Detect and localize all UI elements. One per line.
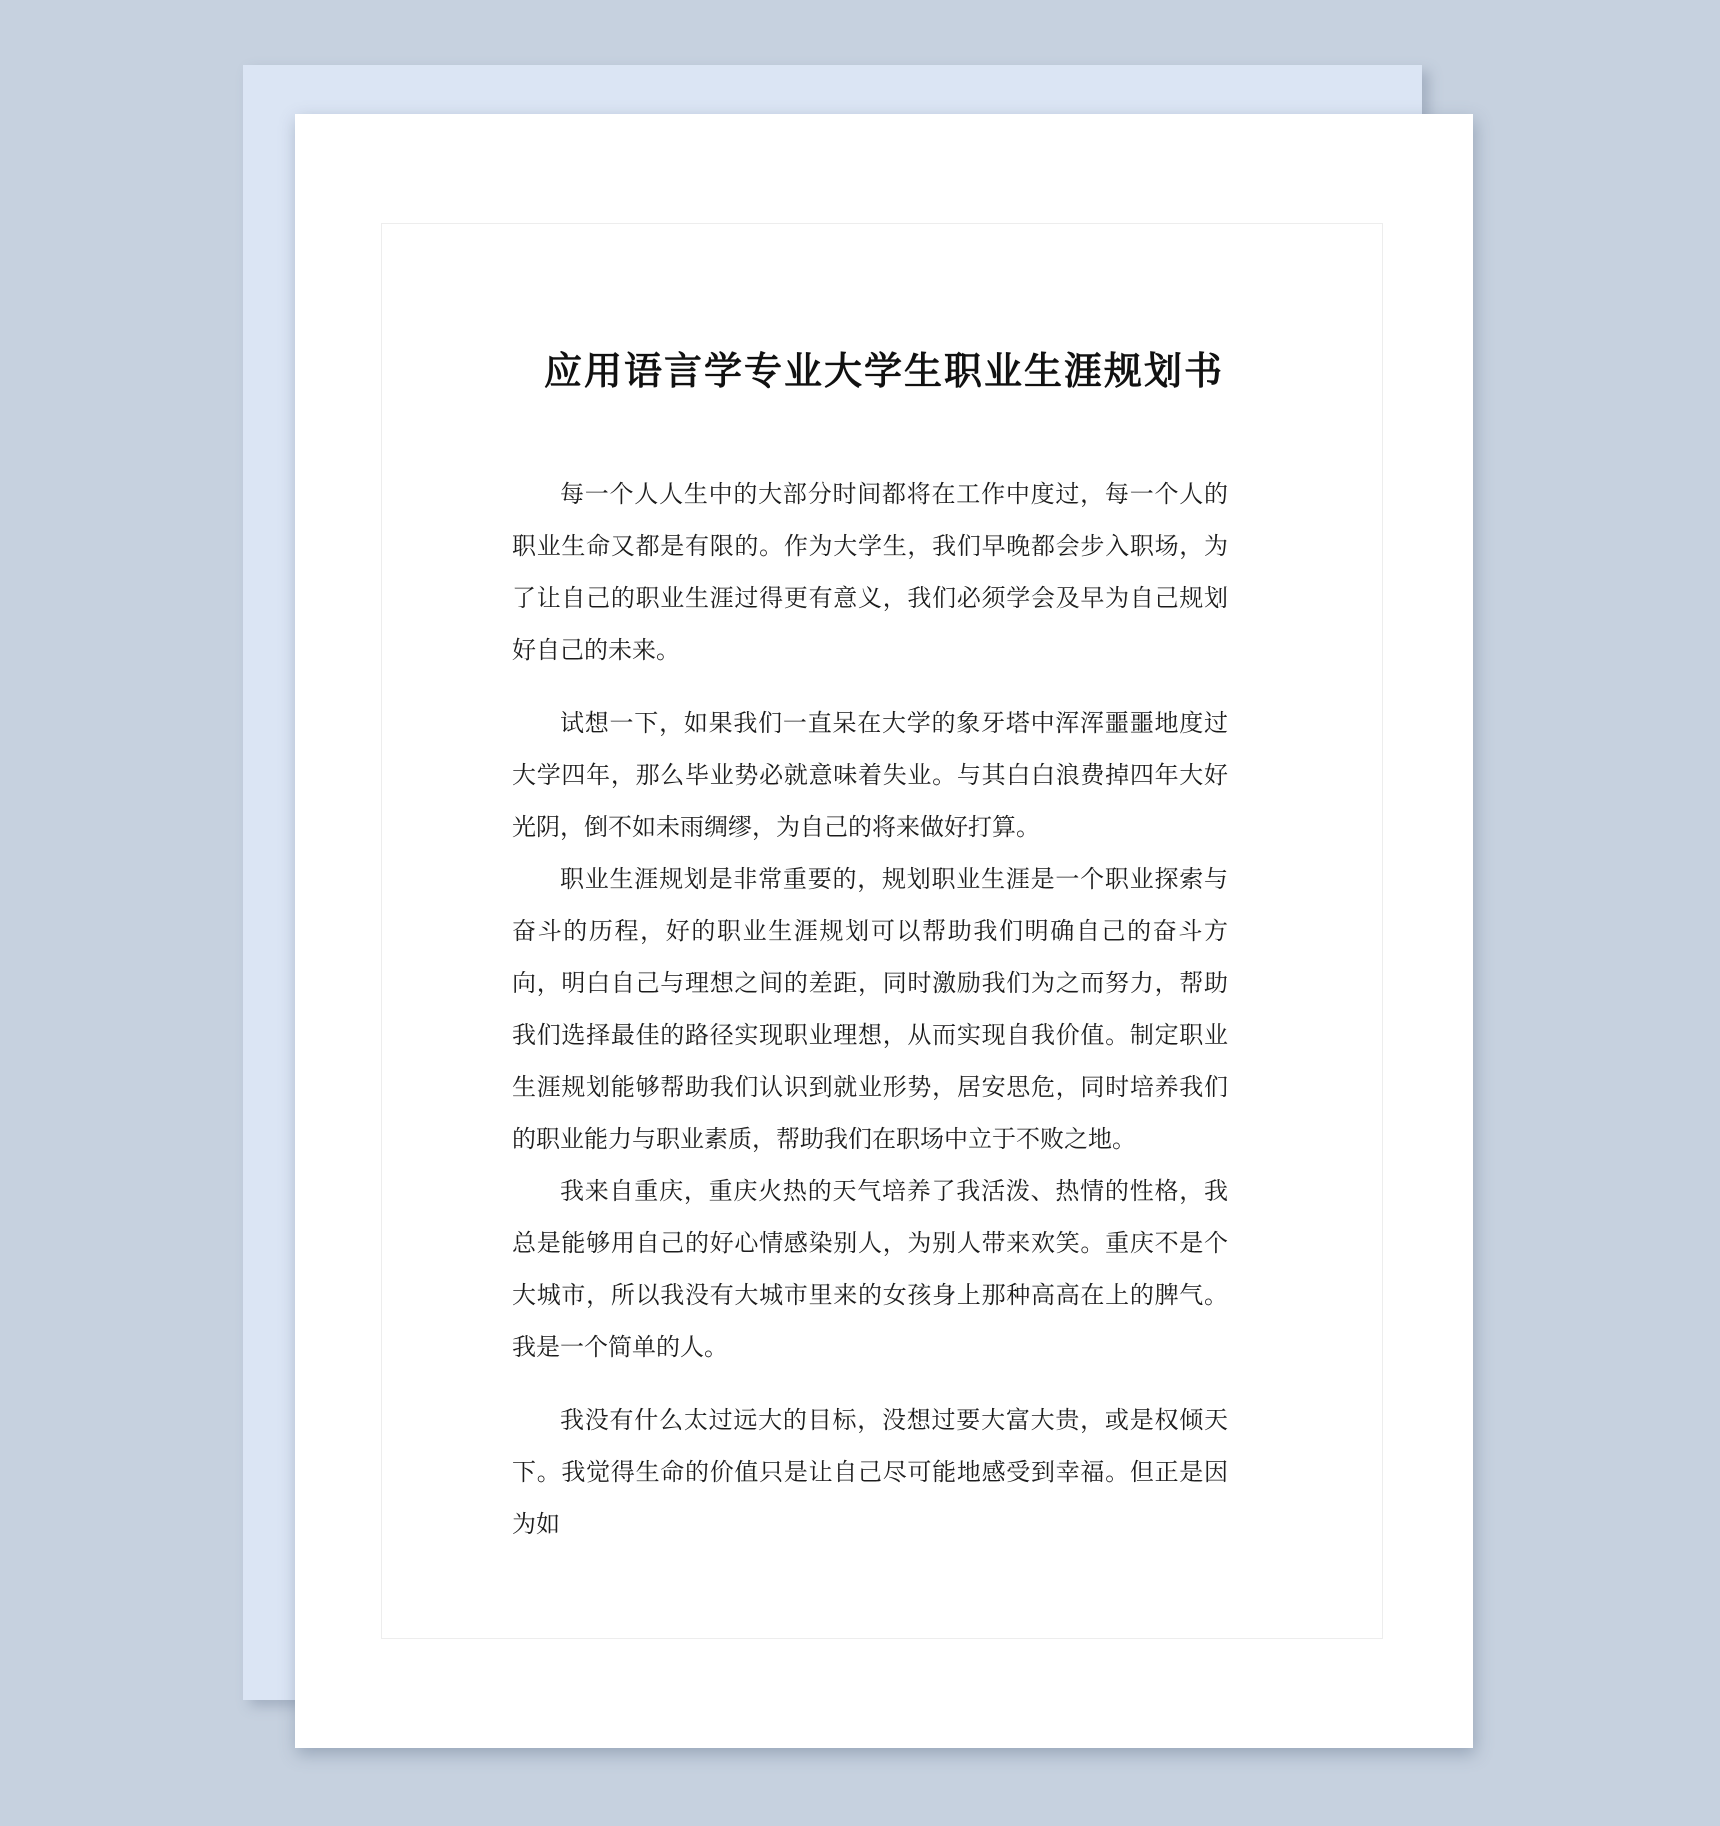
preview-background: { "document": { "title": "应用语言学专业大学生职业生涯…	[0, 0, 1720, 1826]
paragraph-self-intro: 我来自重庆，重庆火热的天气培养了我活泼、热情的性格，我总是能够用自己的好心情感染…	[512, 1166, 1228, 1374]
paragraph-intro: 每一个人人生中的大部分时间都将在工作中度过，每一个人的职业生命又都是有限的。作为…	[512, 469, 1228, 677]
paragraph-goals: 我没有什么太过远大的目标，没想过要大富大贵，或是权倾天下。我觉得生命的价值只是让…	[512, 1395, 1228, 1551]
document-page: 应用语言学专业大学生职业生涯规划书 每一个人人生中的大部分时间都将在工作中度过，…	[295, 114, 1473, 1748]
paragraph-importance: 职业生涯规划是非常重要的，规划职业生涯是一个职业探索与奋斗的历程，好的职业生涯规…	[512, 854, 1228, 1166]
document-title: 应用语言学专业大学生职业生涯规划书	[295, 350, 1473, 394]
paragraph-imagine: 试想一下，如果我们一直呆在大学的象牙塔中浑浑噩噩地度过大学四年，那么毕业势必就意…	[512, 698, 1228, 854]
document-body: 每一个人人生中的大部分时间都将在工作中度过，每一个人的职业生命又都是有限的。作为…	[512, 469, 1228, 1551]
